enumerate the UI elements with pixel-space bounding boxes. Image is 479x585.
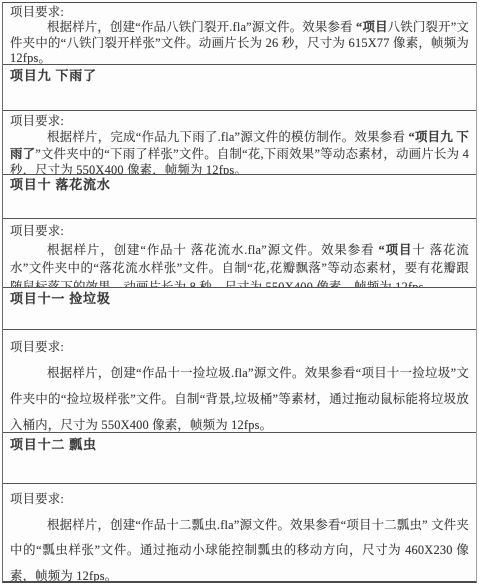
paragraph-text: ”文件夹中的“下雨了样张”文件。自制“花,下雨效果”等动态素材，动画片长为 4 … bbox=[10, 147, 469, 175]
section-header-project-9: 项目九 下雨了 bbox=[3, 65, 476, 111]
paragraph-text: 根据样片，完成“作品九下雨了.fla”源文件的模仿制作。效果参看 bbox=[47, 130, 409, 144]
paragraph-text: 根据样片，创建“作品十一捡垃圾.fla”源文件。效果参看“项目十一捡垃圾”文件夹… bbox=[10, 366, 469, 432]
referenced-folder-name: “项目 bbox=[356, 20, 388, 34]
project-11-requirements-text: 根据样片，创建“作品十一捡垃圾.fla”源文件。效果参看“项目十一捡垃圾”文件夹… bbox=[10, 360, 469, 433]
project-9-title: 项目九 下雨了 bbox=[10, 68, 97, 83]
section-header-project-10: 项目十 落花流水 bbox=[3, 175, 476, 219]
requirements-label: 项目要求: bbox=[10, 113, 469, 129]
project-9-requirements-cell: 项目要求: 根据样片，完成“作品九下雨了.fla”源文件的模仿制作。效果参看 “… bbox=[3, 111, 476, 175]
paragraph-text: 根据样片，创建“作品十 落花流水.fla”源文件。效果参看 bbox=[47, 243, 378, 257]
project-10-requirements-cell: 项目要求: 根据样片，创建“作品十 落花流水.fla”源文件。效果参看 “项目十… bbox=[3, 219, 476, 288]
project-12-requirements-cell: 项目要求: 根据样片，创建“作品十二瓢虫.fla”源文件。效果参看“项目十二瓢虫… bbox=[3, 484, 476, 581]
requirements-table: 项目要求: 根据样片，创建“作品八铁门裂开.fla”源文件。效果参看 “项目八铁… bbox=[2, 2, 477, 583]
requirements-label: 项目要求: bbox=[10, 334, 469, 360]
requirements-label: 项目要求: bbox=[10, 487, 469, 513]
project-11-title: 项目十一 捡垃圾 bbox=[10, 291, 111, 306]
project-9-requirements-text: 根据样片，完成“作品九下雨了.fla”源文件的模仿制作。效果参看 “项目九 下雨… bbox=[10, 129, 469, 175]
project-12-requirements-text: 根据样片，创建“作品十二瓢虫.fla”源文件。效果参看“项目十二瓢虫” 文件夹中… bbox=[10, 513, 469, 582]
section-header-project-12: 项目十二 瓢虫 bbox=[3, 433, 476, 484]
paragraph-text: 根据样片，创建“作品八铁门裂开.fla”源文件。效果参看 bbox=[47, 20, 356, 34]
section-header-project-11: 项目十一 捡垃圾 bbox=[3, 288, 476, 330]
project-11-requirements-cell: 项目要求: 根据样片，创建“作品十一捡垃圾.fla”源文件。效果参看“项目十一捡… bbox=[3, 330, 476, 433]
project-10-requirements-text: 根据样片，创建“作品十 落花流水.fla”源文件。效果参看 “项目十 落花流水”… bbox=[10, 241, 469, 288]
referenced-folder-name: “项目 bbox=[378, 243, 412, 257]
project-8-requirements-cell: 项目要求: 根据样片，创建“作品八铁门裂开.fla”源文件。效果参看 “项目八铁… bbox=[3, 3, 476, 65]
project-8-requirements-text: 根据样片，创建“作品八铁门裂开.fla”源文件。效果参看 “项目八铁门裂开”文件… bbox=[10, 20, 469, 65]
scanned-document-page: 项目要求: 根据样片，创建“作品八铁门裂开.fla”源文件。效果参看 “项目八铁… bbox=[0, 0, 479, 585]
requirements-label: 项目要求: bbox=[10, 222, 469, 241]
paragraph-text: 根据样片，创建“作品十二瓢虫.fla”源文件。效果参看“项目十二瓢虫” 文件夹中… bbox=[10, 518, 469, 582]
project-12-title: 项目十二 瓢虫 bbox=[10, 437, 97, 452]
requirements-label: 项目要求: bbox=[10, 5, 469, 20]
project-10-title: 项目十 落花流水 bbox=[10, 177, 111, 192]
